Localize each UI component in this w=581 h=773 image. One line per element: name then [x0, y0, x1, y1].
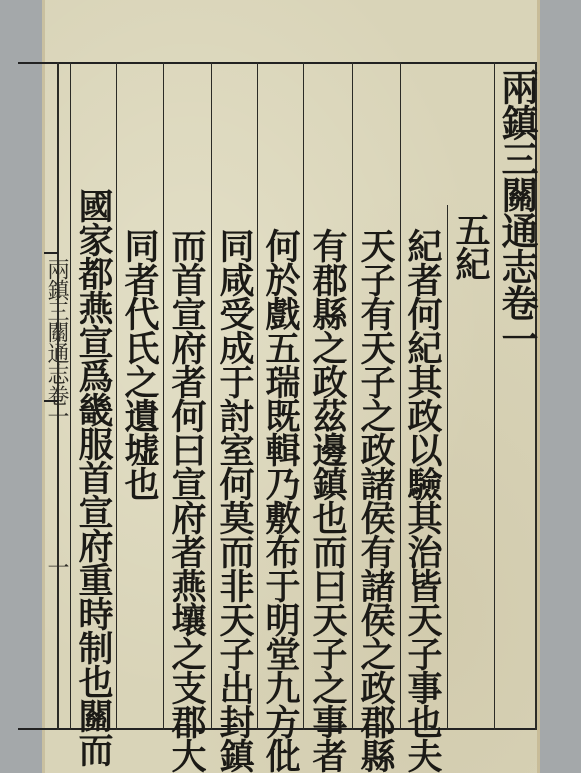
text-column: 同咸受成于討室何莫而非天子出封鎮	[214, 228, 254, 772]
column-divider	[303, 62, 304, 730]
text-column: 何於戲五瑞既輯乃敷布于明堂九方仳	[260, 228, 300, 772]
text-column: 天子有天子之政諸侯有諸侯之政郡縣	[355, 228, 395, 772]
text-column: 紀者何紀其政以驗其治皆天子事也夫	[402, 228, 442, 772]
column-divider	[447, 205, 448, 730]
column-divider	[116, 62, 117, 730]
column-divider	[400, 62, 401, 730]
column-divider	[211, 62, 212, 730]
text-column: 國家都燕宣爲畿服首宣府重時制也關而	[73, 188, 113, 766]
column-divider	[163, 62, 164, 730]
text-column: 而首宣府者何曰宣府者燕壤之支郡大	[166, 228, 206, 772]
column-divider	[70, 62, 71, 730]
column-divider	[352, 62, 353, 730]
volume-title: 兩鎮三關通志卷一	[497, 68, 537, 356]
fold-mark	[44, 400, 58, 402]
fold-mark	[44, 252, 58, 254]
edge-leaf-number: 一	[44, 556, 68, 577]
section-heading: 五紀	[450, 212, 490, 280]
text-column: 同者代氏之遺墟也	[119, 228, 159, 500]
text-column: 有郡縣之政茲邊鎮也而曰天子之事者	[307, 228, 347, 772]
frame-top-border	[18, 62, 535, 64]
column-divider	[257, 62, 258, 730]
